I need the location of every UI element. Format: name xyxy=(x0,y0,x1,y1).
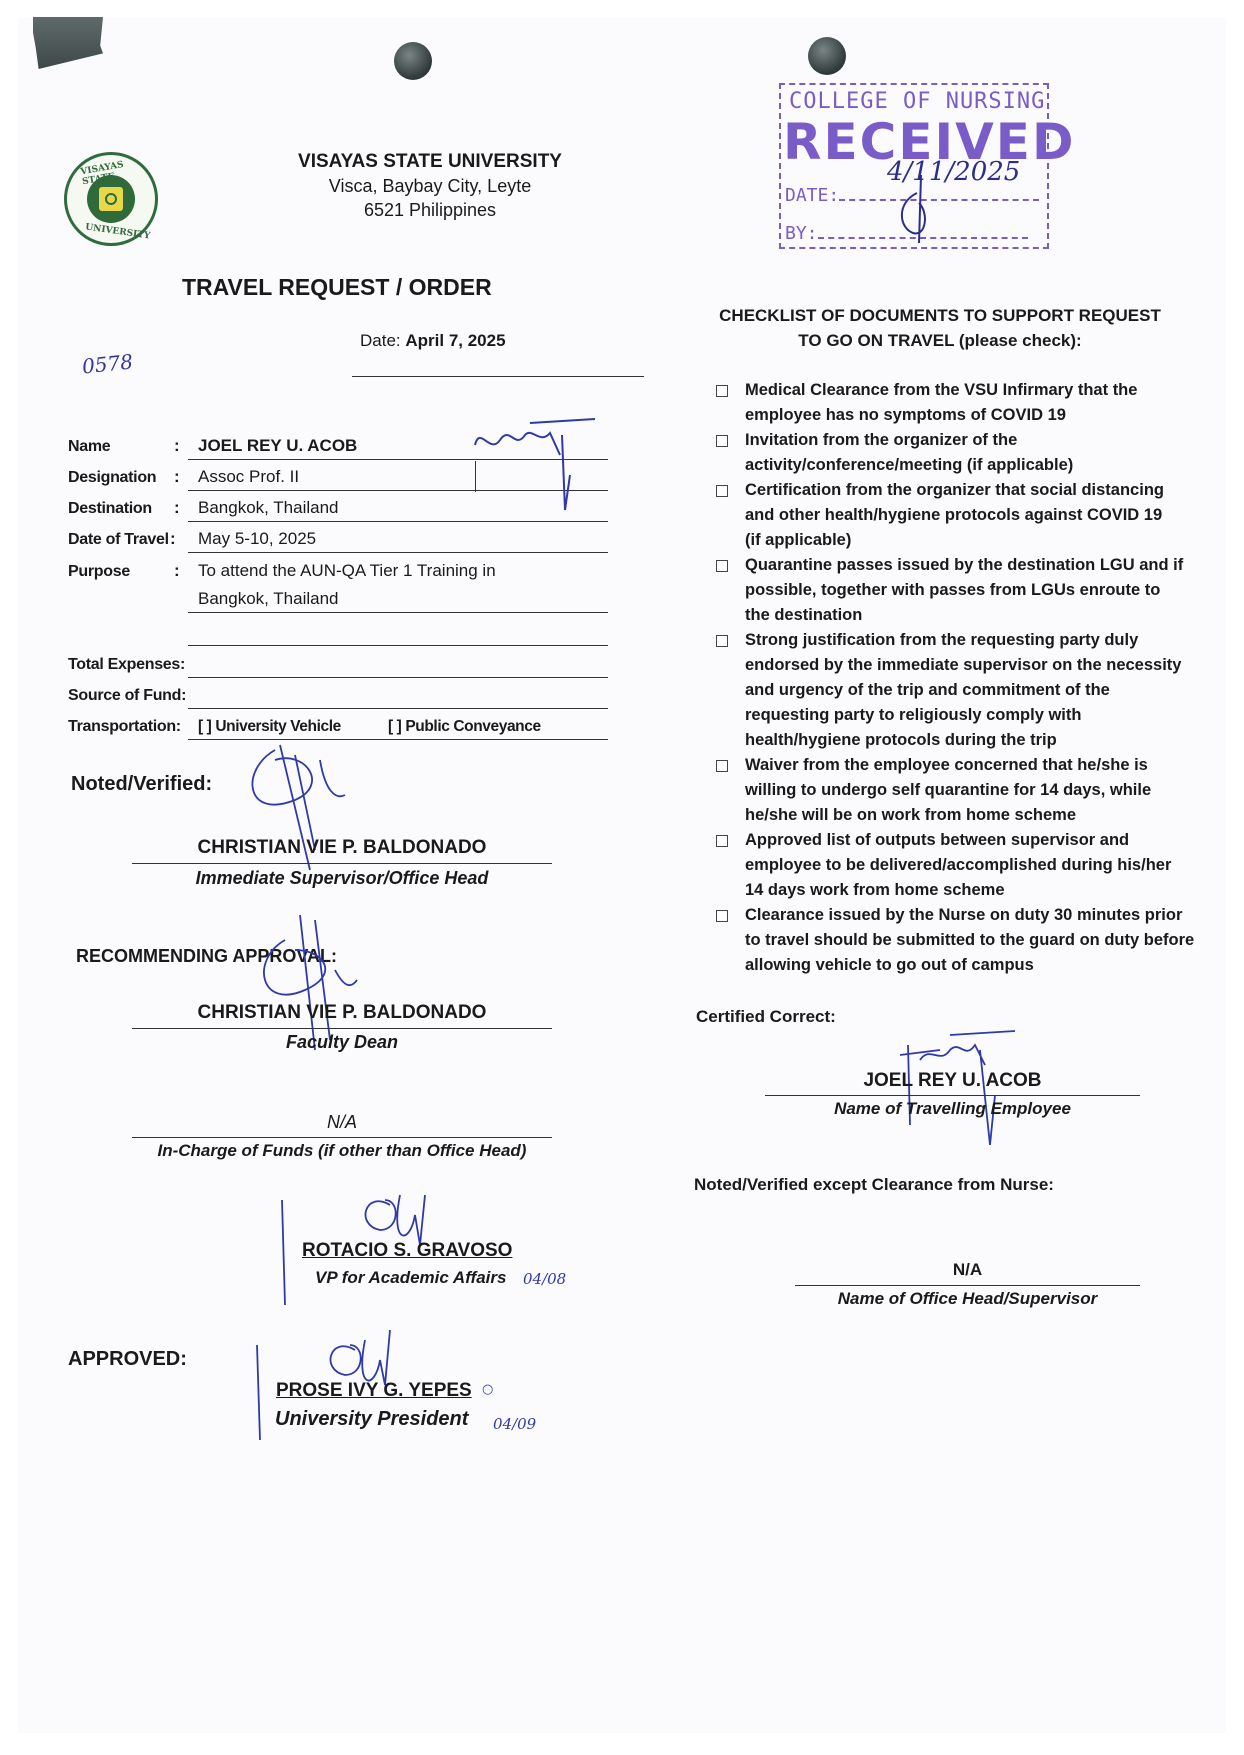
checklist-item-text: Approved list of outputs between supervi… xyxy=(745,828,1175,903)
checklist-item-text: Clearance issued by the Nurse on duty 30… xyxy=(745,903,1200,978)
field-total-expenses: Total Expenses: xyxy=(68,648,608,678)
university-name: VISAYAS STATE UNIVERSITY xyxy=(250,150,610,174)
stamp-by-label: BY: xyxy=(785,223,818,244)
signature-line xyxy=(795,1285,1140,1286)
vpaa-date-note: 04/08 xyxy=(523,1270,566,1288)
received-stamp: COLLEGE OF NURSING RECEIVED DATE: 4/11/2… xyxy=(779,83,1049,249)
vpaa-name: ROTACIO S. GRAVOSO xyxy=(302,1240,512,1262)
checklist-item-text: Medical Clearance from the VSU Infirmary… xyxy=(745,378,1196,428)
approved-label: APPROVED: xyxy=(68,1348,187,1371)
supervisor-name: CHRISTIAN VIE P. BALDONADO xyxy=(132,837,552,859)
checklist-title-line1: CHECKLIST OF DOCUMENTS TO SUPPORT REQUES… xyxy=(700,303,1180,328)
office-head-value: N/A xyxy=(795,1260,1140,1280)
signature-line xyxy=(132,1028,552,1029)
field-purpose: Purpose : To attend the AUN-QA Tier 1 Tr… xyxy=(68,555,608,613)
transport-public-conveyance-checkbox[interactable]: [ ] Public Conveyance xyxy=(388,718,541,736)
dean-role: Faculty Dean xyxy=(132,1032,552,1053)
noted-except-nurse-label: Noted/Verified except Clearance from Nur… xyxy=(694,1175,1054,1195)
university-address-2: 6521 Philippines xyxy=(250,198,610,222)
checkbox[interactable] xyxy=(716,835,728,847)
stamp-signature-icon xyxy=(891,173,941,253)
checkbox[interactable] xyxy=(716,485,728,497)
funds-role: In-Charge of Funds (if other than Office… xyxy=(132,1141,552,1161)
field-colon: : xyxy=(170,529,176,549)
checklist-item-text: Quarantine passes issued by the destinat… xyxy=(745,553,1185,628)
checkbox[interactable] xyxy=(716,760,728,772)
signature-line xyxy=(765,1095,1140,1096)
signature-line xyxy=(132,1137,552,1138)
checklist-item-medical-clearance[interactable]: Medical Clearance from the VSU Infirmary… xyxy=(716,378,1196,428)
checklist-item-text: Invitation from the organizer of the act… xyxy=(745,428,1196,478)
request-date: Date: April 7, 2025 xyxy=(360,331,506,351)
checkbox[interactable] xyxy=(716,385,728,397)
date-label: Date: xyxy=(360,331,401,350)
field-label: Purpose xyxy=(68,563,130,581)
funds-value: N/A xyxy=(132,1112,552,1133)
logo-ring-icon xyxy=(87,175,135,223)
vpaa-role: VP for Academic Affairs xyxy=(315,1268,506,1288)
checkbox[interactable] xyxy=(716,910,728,922)
date-underline xyxy=(352,376,644,377)
checklist-title: CHECKLIST OF DOCUMENTS TO SUPPORT REQUES… xyxy=(700,303,1180,353)
president-date-note: 04/09 xyxy=(493,1415,536,1433)
date-value: April 7, 2025 xyxy=(405,331,505,350)
checklist-item-waiver[interactable]: Waiver from the employee concerned that … xyxy=(716,753,1196,828)
field-label: Source of Fund: xyxy=(68,687,186,705)
supervisor-signature-icon xyxy=(235,740,365,880)
field-value[interactable]: JOEL REY U. ACOB xyxy=(198,436,357,456)
field-source-of-fund: Source of Fund: xyxy=(68,679,608,709)
checkbox[interactable] xyxy=(716,635,728,647)
field-value[interactable]: Assoc Prof. II xyxy=(198,467,299,487)
office-head-role: Name of Office Head/Supervisor xyxy=(795,1289,1140,1309)
form-title: TRAVEL REQUEST / ORDER xyxy=(182,274,492,301)
field-value[interactable]: To attend the AUN-QA Tier 1 Training in xyxy=(198,561,496,581)
university-address-1: Visca, Baybay City, Leyte xyxy=(250,174,610,198)
field-label: Destination xyxy=(68,500,152,518)
field-label: Designation xyxy=(68,469,156,487)
stamp-college: COLLEGE OF NURSING xyxy=(789,89,1045,114)
noted-verified-label: Noted/Verified: xyxy=(71,773,212,796)
field-value[interactable]: May 5-10, 2025 xyxy=(198,529,316,549)
supervisor-role: Immediate Supervisor/Office Head xyxy=(132,868,552,889)
dean-name: CHRISTIAN VIE P. BALDONADO xyxy=(132,1002,552,1024)
checklist-item-text: Waiver from the employee concerned that … xyxy=(745,753,1200,828)
field-colon: : xyxy=(174,498,180,518)
logo-bottom-text: UNIVERSITY xyxy=(85,222,151,241)
signature-line xyxy=(132,863,552,864)
president-name: PROSE IVY G. YEPES xyxy=(276,1380,472,1402)
transport-university-vehicle-checkbox[interactable]: [ ] University Vehicle xyxy=(198,718,341,736)
president-role: University President xyxy=(275,1408,468,1431)
field-date-of-travel: Date of Travel : May 5-10, 2025 xyxy=(68,523,608,553)
checklist-item-nurse-clearance[interactable]: Clearance issued by the Nurse on duty 30… xyxy=(716,903,1196,978)
checklist-item-text: Certification from the organizer that so… xyxy=(745,478,1165,553)
field-label: Total Expenses: xyxy=(68,656,185,674)
checkbox[interactable] xyxy=(716,435,728,447)
checklist-item-text: Strong justification from the requesting… xyxy=(745,628,1195,753)
field-colon: : xyxy=(174,436,180,456)
field-value[interactable]: Bangkok, Thailand xyxy=(198,498,339,518)
university-header: VISAYAS STATE UNIVERSITY Visca, Baybay C… xyxy=(250,150,610,222)
checklist-item-strong-justification[interactable]: Strong justification from the requesting… xyxy=(716,628,1196,753)
field-label: Date of Travel xyxy=(68,531,169,549)
checkbox[interactable] xyxy=(716,560,728,572)
employee-name: JOEL REY U. ACOB xyxy=(765,1070,1140,1092)
president-initial-note: ○ xyxy=(482,1382,493,1397)
stamp-date-label: DATE: xyxy=(785,185,839,206)
field-transportation: Transportation: [ ] University Vehicle [… xyxy=(68,710,608,740)
punch-hole-right xyxy=(808,37,846,75)
checklist-item-certification[interactable]: Certification from the organizer that so… xyxy=(716,478,1196,553)
certified-correct-label: Certified Correct: xyxy=(696,1007,836,1027)
field-colon: : xyxy=(174,467,180,487)
field-label: Name xyxy=(68,438,110,456)
field-label: Transportation: xyxy=(68,718,181,736)
field-colon: : xyxy=(174,561,180,581)
university-logo: VISAYAS STATE UNIVERSITY xyxy=(64,152,158,246)
punch-hole-left xyxy=(394,42,432,80)
blank-line xyxy=(188,645,608,646)
checklist-item-approved-outputs[interactable]: Approved list of outputs between supervi… xyxy=(716,828,1196,903)
field-value-line2[interactable]: Bangkok, Thailand xyxy=(198,589,339,609)
checklist-item-invitation[interactable]: Invitation from the organizer of the act… xyxy=(716,428,1196,478)
employee-signature-icon xyxy=(470,415,610,520)
employee-role: Name of Travelling Employee xyxy=(765,1099,1140,1119)
checklist-item-quarantine-passes[interactable]: Quarantine passes issued by the destinat… xyxy=(716,553,1196,628)
checklist-title-line2: TO GO ON TRAVEL (please check): xyxy=(700,328,1180,353)
